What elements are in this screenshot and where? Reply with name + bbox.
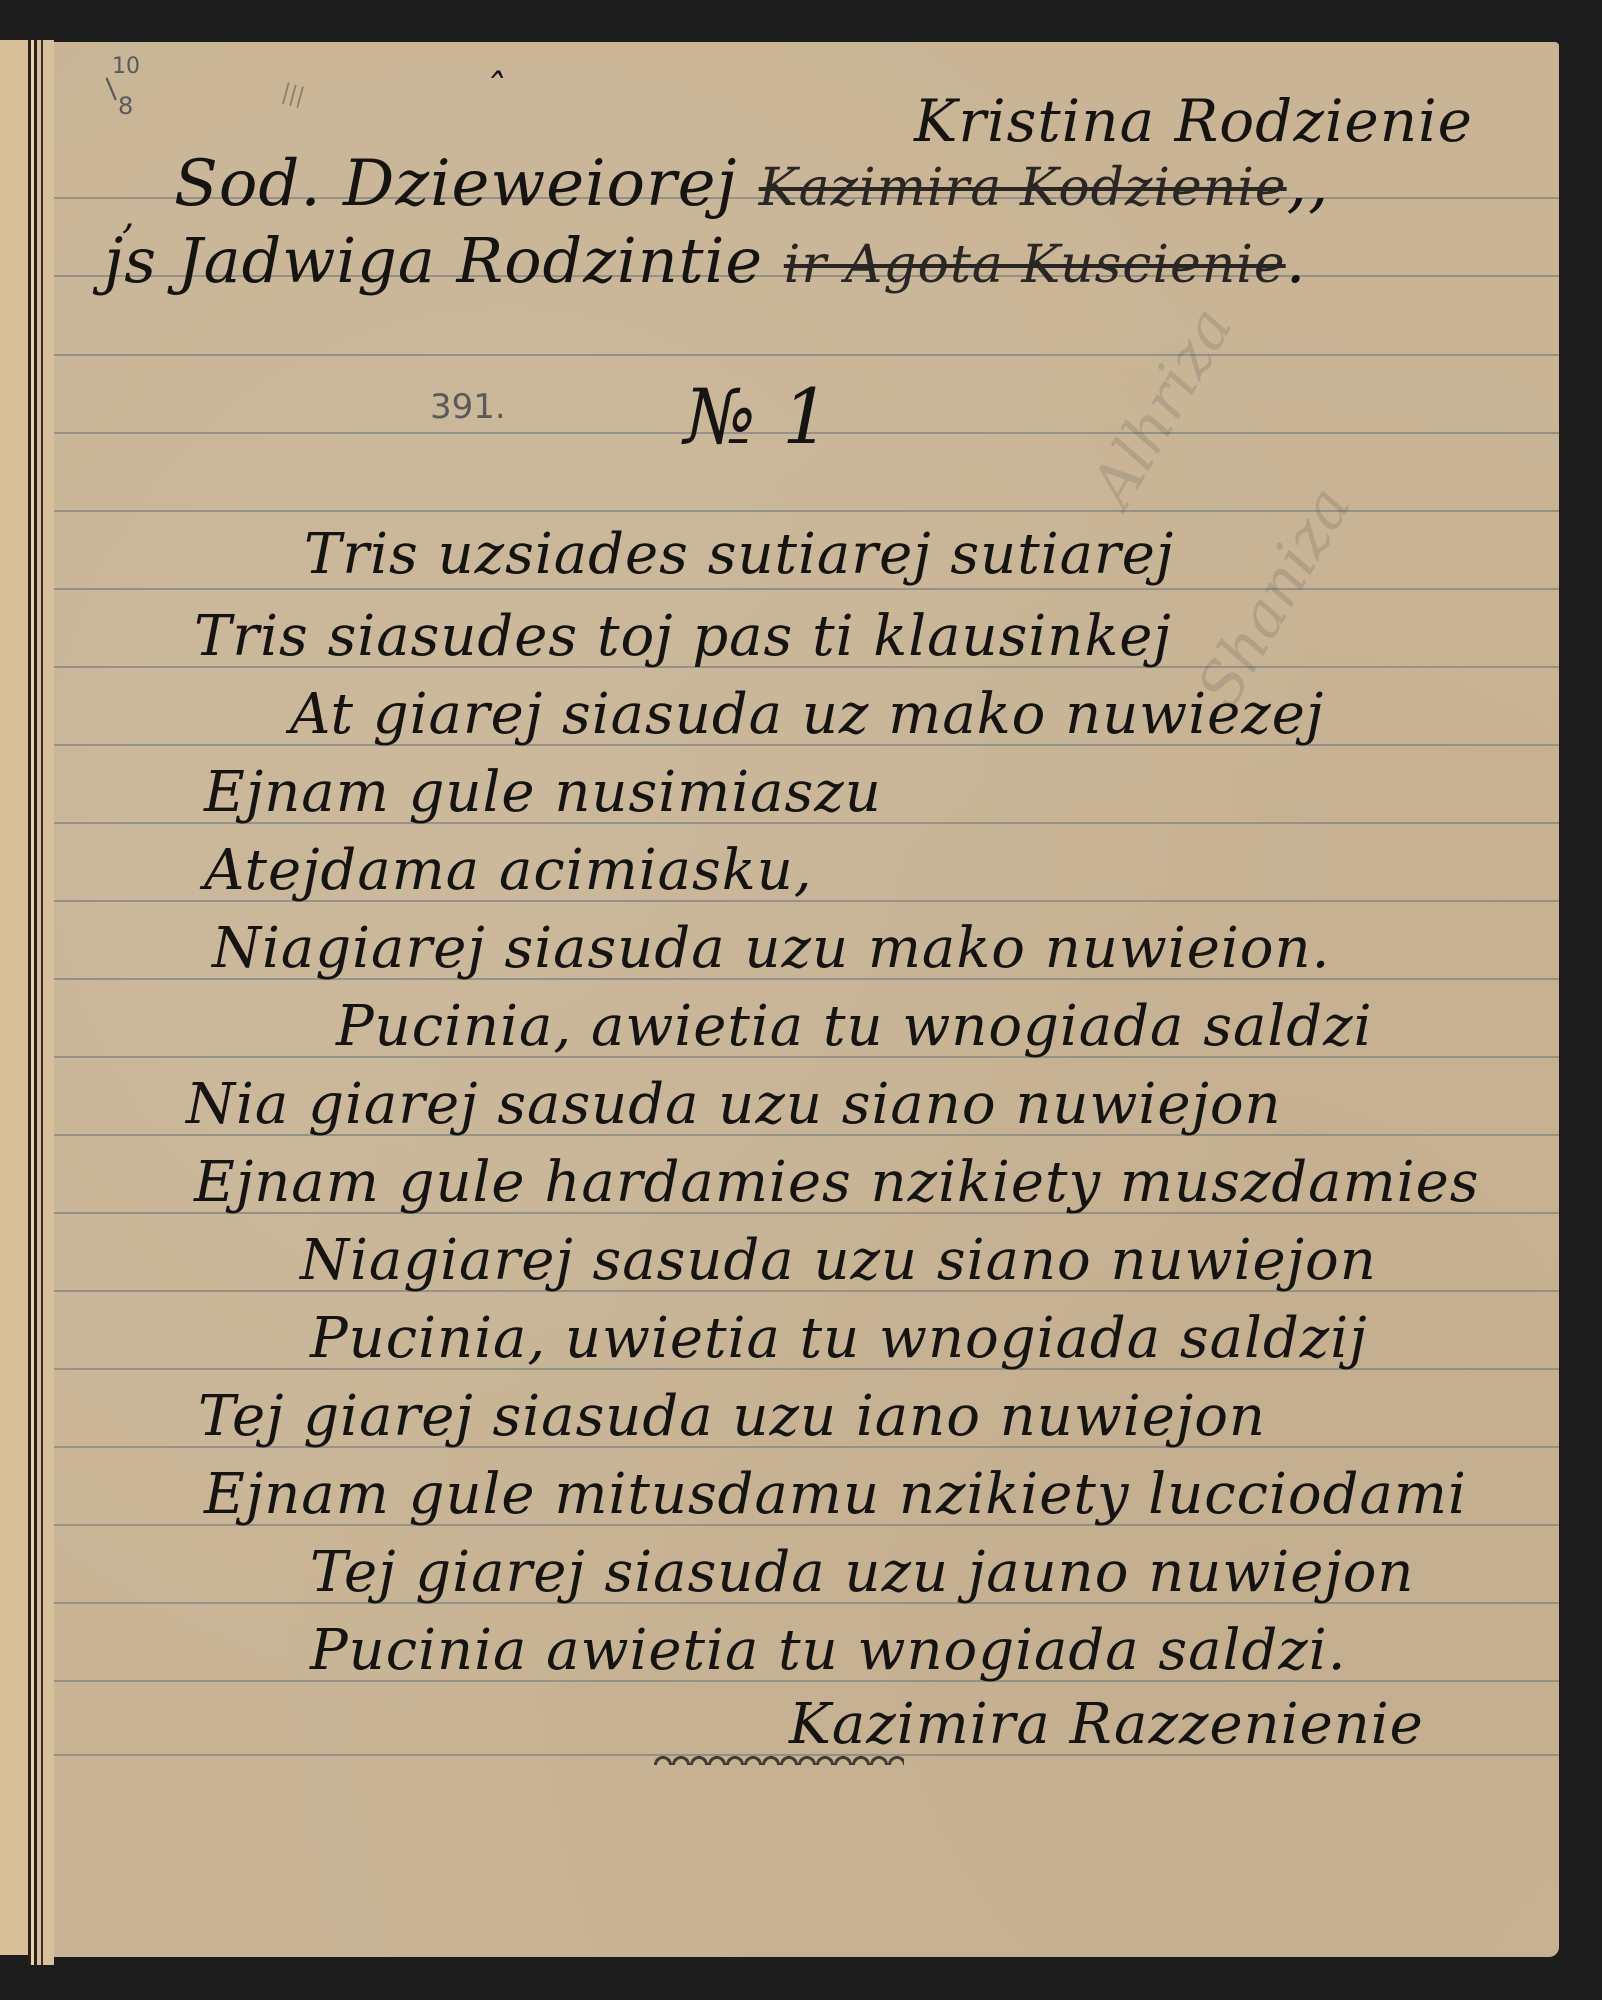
bleed-through-text: Alhriza [1078, 296, 1247, 518]
verse-line: Ejnam gule hardamies nzikiety muszdamies [194, 1150, 1479, 1215]
archive-fraction-bottom: 8 [118, 92, 133, 120]
header-line-1-suffix: ,, [1287, 147, 1330, 221]
adjacent-page-edge [0, 40, 30, 1955]
verse-line: At giarej siasuda uz mako nuwiezej [290, 682, 1324, 747]
verse-line: Niagiarej siasuda uzu mako nuwieion. [212, 916, 1330, 981]
header-line-2-struck-name: ir Agota Kuscienie [784, 235, 1286, 295]
verse-line: Pucinia, uwietia tu wnogiada saldzij [310, 1306, 1368, 1371]
manuscript-page: Alhriza Shaniza 10 / 8 ||| 391. Kristina… [54, 42, 1559, 1957]
header-line-2-suffix: . [1286, 224, 1307, 297]
ruled-line [54, 354, 1559, 356]
verse-line: Pucinia, awietia tu wnogiada saldzi [336, 994, 1373, 1059]
verse-line: Niagiarej sasuda uzu siano nuwiejon [300, 1228, 1377, 1293]
verse-line: Nia giarej sasuda uzu siano nuwiejon [186, 1072, 1282, 1137]
corrected-name-above: Kristina Rodzienie [914, 87, 1473, 155]
header-line-1-prefix: Sod. Dzieweiorej [174, 147, 737, 221]
header-line-2-prefix: js Jadwiga Rodzintie [104, 224, 763, 297]
verse-line: Tris uzsiades sutiarej sutiarej [304, 522, 1174, 587]
header-line-2: js Jadwiga Rodzintie ir Agota Kuscienie. [104, 224, 1306, 297]
verse-line: Ejnam gule nusimiaszu [204, 760, 882, 825]
notebook-binding [28, 40, 54, 1965]
verse-line: Pucinia awietia tu wnogiada saldzi. [310, 1618, 1347, 1683]
archive-tick-marks: ||| [279, 80, 307, 110]
song-number: № 1 [684, 372, 831, 461]
verse-line: Tej giarej siasuda uzu jauno nuwiejon [310, 1540, 1415, 1605]
archive-fraction-top: 10 [112, 54, 140, 79]
archive-page-number: 391. [430, 387, 506, 427]
header-line-1-struck-name: Kazimira Kodzienie [759, 158, 1287, 218]
diacritic-mark: ˆ [484, 67, 505, 113]
verse-line: Ejnam gule mitusdamu nzikiety lucciodami [204, 1462, 1467, 1527]
signature: Kazimira Razzenienie [789, 1692, 1424, 1757]
header-line-1: Sod. Dzieweiorej Kazimira Kodzienie,, [174, 147, 1329, 221]
verse-line: Tej giarej siasuda uzu iano nuwiejon [198, 1384, 1266, 1449]
verse-line: Atejdama acimiasku, [204, 838, 813, 903]
ruled-line [54, 588, 1559, 590]
verse-line: Tris siasudes toj pas ti klausinkej [194, 604, 1172, 669]
